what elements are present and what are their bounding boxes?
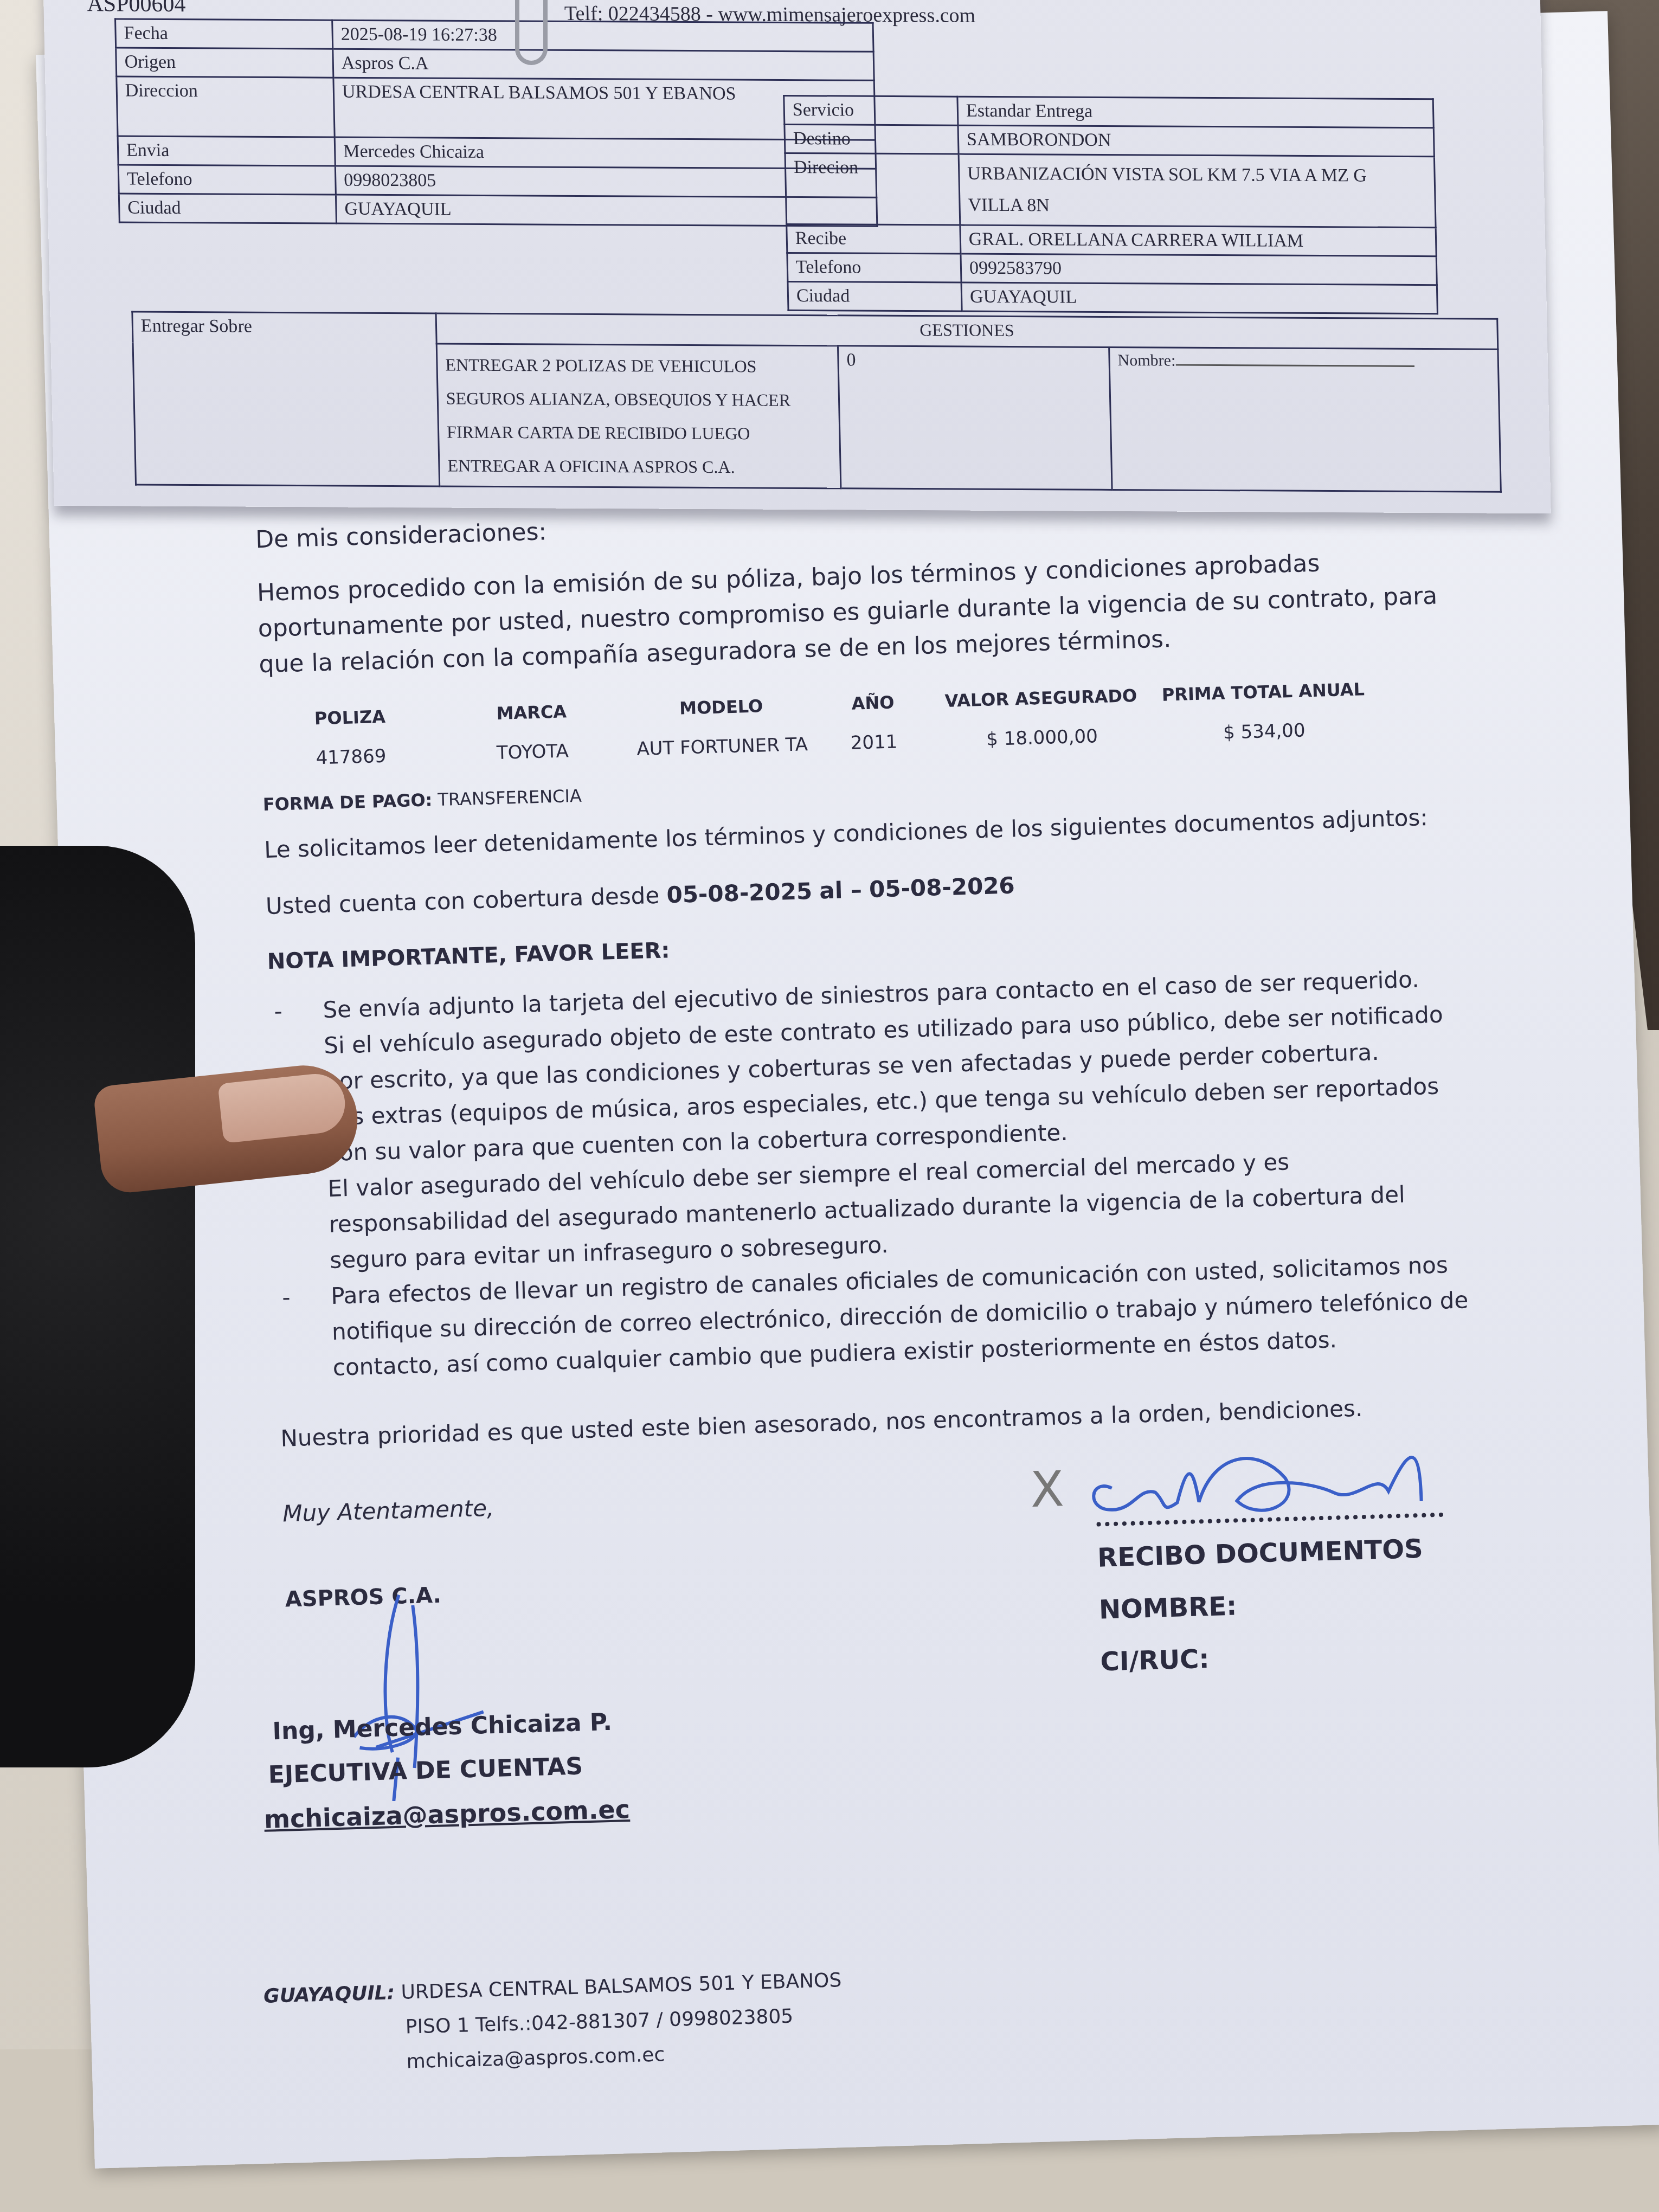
signoff: Muy Atentamente,	[282, 1495, 494, 1527]
cell-valor-asegurado: $ 18.000,00	[928, 722, 1156, 754]
receipt-signature-line: X	[1095, 1446, 1443, 1527]
recipient-table: ServicioEstandar Entrega DestinoSAMBORON…	[783, 95, 1438, 314]
origen-value: Aspros C.A	[333, 49, 874, 80]
servicio-value: Estandar Entrega	[957, 97, 1433, 128]
entregar-sobre-label: Entregar Sobre	[132, 312, 440, 486]
notes-list: Se envía adjunto la tarjeta del ejecutiv…	[268, 961, 1471, 1387]
cell-prima-total: $ 534,00	[1155, 716, 1373, 748]
payment-label: FORMA DE PAGO:	[262, 789, 433, 815]
cell-poliza: 417869	[261, 742, 441, 773]
recibe-value: GRAL. ORELLANA CARRERA WILLIAM	[960, 225, 1436, 256]
gloved-hand	[0, 846, 195, 1767]
receipt-nombre-label: NOMBRE:	[1098, 1584, 1478, 1625]
executive-email-link[interactable]: mchicaiza@aspros.com.ec	[263, 1795, 630, 1834]
gestiones-nombre: Nombre:	[1109, 347, 1501, 492]
header-marca: MARCA	[439, 699, 625, 741]
footer-address: URDESA CENTRAL BALSAMOS 501 Y EBANOS	[401, 1969, 842, 2004]
receipt-block: X RECIBO DOCUMENTOS NOMBRE: CI/RUC:	[1095, 1445, 1481, 1699]
cell-marca: TOYOTA	[440, 736, 625, 767]
thumbnail	[217, 1071, 348, 1143]
direcion-value: URBANIZACIÓN VISTA SOL KM 7.5 VIA A MZ G…	[959, 154, 1436, 228]
paperclip-icon	[515, 0, 548, 65]
header-prima-total: PRIMA TOTAL ANUAL	[1154, 679, 1372, 722]
read-terms: Le solicitamos leer detenidamente los té…	[264, 800, 1565, 863]
receipt-title: RECIBO DOCUMENTOS	[1097, 1532, 1477, 1573]
svg-text:X: X	[1030, 1461, 1065, 1519]
slip-code: ASP00604	[87, 0, 186, 17]
gestiones-count: 0	[838, 346, 1112, 490]
header-valor-asegurado: VALOR ASEGURADO	[927, 685, 1156, 728]
cell-ano: 2011	[820, 728, 929, 757]
fecha-value: 2025-08-19 16:27:38	[332, 20, 873, 52]
gestiones-title: GESTIONES	[436, 313, 1498, 349]
gestiones-table: Entregar Sobre GESTIONES ENTREGAR 2 POLI…	[131, 311, 1502, 493]
coverage-from: 05-08-2025	[666, 878, 813, 908]
coverage-period: Usted cuenta con cobertura desde 05-08-2…	[265, 857, 1566, 919]
sender-table: Fecha2025-08-19 16:27:38 OrigenAspros C.…	[114, 18, 878, 227]
nombre-line	[1175, 364, 1414, 367]
intro-paragraph: Hemos procedido con la emisión de su pól…	[256, 542, 1452, 683]
receipt-ci-label: CI/RUC:	[1100, 1636, 1480, 1677]
signature-area: Muy Atentamente, ASPROS C.A. Ing, Merced…	[282, 1464, 1597, 1989]
payment-value: TRANSFERENCIA	[438, 786, 582, 810]
destino-value: SAMBORONDON	[958, 125, 1434, 157]
header-poliza: POLIZA	[260, 705, 440, 747]
gestiones-tasks: ENTREGAR 2 POLIZAS DE VEHICULOS SEGUROS …	[436, 344, 841, 488]
header-ano: AÑO	[819, 691, 928, 731]
executive-title: EJECUTIVA DE CUENTAS	[268, 1752, 583, 1789]
footer: GUAYAQUIL: URDESA CENTRAL BALSAMOS 501 Y…	[263, 1963, 844, 2084]
footer-city: GUAYAQUIL:	[263, 1982, 395, 2008]
policy-table: POLIZA MARCA MODELO AÑO VALOR ASEGURADO …	[260, 673, 1562, 773]
recipient-signature-icon: X	[1030, 1436, 1444, 1534]
header-modelo: MODELO	[623, 694, 820, 736]
recipient-telefono-value: 0992583790	[961, 254, 1437, 285]
cell-modelo: AUT FORTUNER TA	[625, 731, 820, 762]
coverage-to: 05-08-2026	[869, 872, 1015, 902]
courier-slip: ASP00604 MENSAJERO EXPRESS Telf: 0224345…	[43, 0, 1551, 513]
recipient-ciudad-value: GUAYAQUIL	[961, 282, 1437, 314]
